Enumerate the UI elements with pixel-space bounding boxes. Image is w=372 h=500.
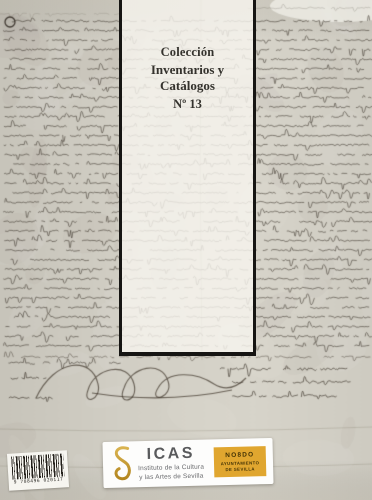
icas-name-line2: y las Artes de Sevilla	[139, 473, 204, 482]
icas-eight-knot-icon	[112, 445, 133, 483]
series-collection-name: Inventarios y Catálogos	[122, 62, 253, 94]
icas-name-line1: Instituto de la Cultura	[138, 463, 204, 472]
nosdo-motto: NO8DO	[225, 451, 254, 459]
series-title-block: Colección Inventarios y Catálogos Nº 13	[122, 45, 253, 112]
series-title-panel: Colección Inventarios y Catálogos Nº 13	[119, 0, 256, 356]
publisher-bar: ICAS Instituto de la Cultura y las Artes…	[102, 438, 273, 488]
icas-block: ICAS Instituto de la Cultura y las Artes…	[138, 445, 205, 482]
barcode: 9 788496 020117	[7, 450, 69, 491]
nosdo-seal: NO8DO Ayuntamiento de Sevilla	[214, 446, 267, 477]
barcode-bars	[11, 453, 64, 479]
ayuntamiento-line2: de Sevilla	[225, 466, 254, 472]
book-cover: Colección Inventarios y Catálogos Nº 13 …	[0, 0, 372, 500]
icas-acronym: ICAS	[146, 445, 195, 462]
ayuntamiento-line1: Ayuntamiento	[221, 460, 260, 466]
series-issue-number: Nº 13	[122, 97, 253, 112]
series-collection-label: Colección	[122, 45, 253, 60]
